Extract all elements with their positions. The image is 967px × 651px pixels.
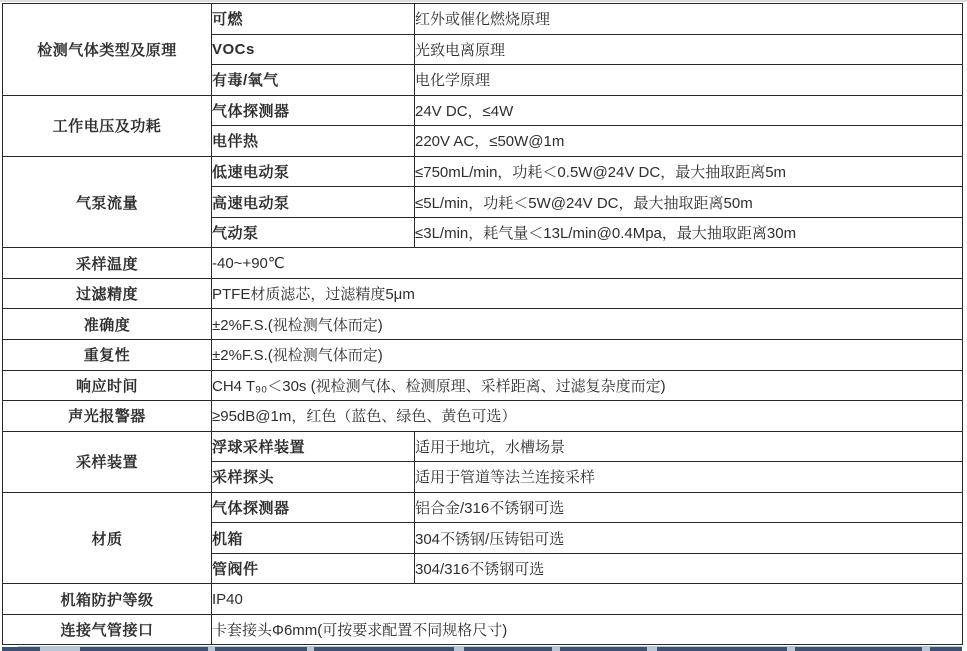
spec-value: 304/316不锈钢可选 [415,553,963,584]
next-table-header-cell-edge [215,647,307,651]
next-table-header-cell-edge [314,647,454,651]
spec-key: 采样温度 [3,248,212,279]
spec-value: ±2%F.S.(视检测气体而定) [212,309,963,340]
spec-key: 过滤精度 [3,278,212,309]
spec-key: 连接气管接口 [3,614,212,645]
spec-group-label: 材质 [3,492,212,584]
spec-key: 准确度 [3,309,212,340]
spec-group-label: 气泵流量 [3,156,212,248]
next-table-header-cell-edge [657,647,787,651]
spec-table: 检测气体类型及原理 可燃 红外或催化燃烧原理 VOCs 光致电离原理 有毒/氧气… [2,3,963,645]
table-row: 采样温度 -40~+90℃ [3,248,963,279]
spec-value: CH4 T₉₀＜30s (视检测气体、检测原理、采样距离、过滤复杂度而定) [212,370,963,401]
spec-key: 高速电动泵 [212,187,415,218]
spec-key: 重复性 [3,340,212,371]
spec-key: 电伴热 [212,126,415,157]
spec-value: ≥95dB@1m，红色（蓝色、绿色、黄色可选） [212,401,963,432]
spec-key: 采样探头 [212,462,415,493]
spec-value: ≤5L/min，功耗＜5W@24V DC，最大抽取距离50m [415,187,963,218]
table-row: 材质 气体探测器 铝合金/316不锈钢可选 [3,492,963,523]
spec-value: 适用于管道等法兰连接采样 [415,462,963,493]
spec-group-label: 工作电压及功耗 [3,95,212,156]
table-row: 气泵流量 低速电动泵 ≤750mL/min，功耗＜0.5W@24V DC，最大抽… [3,156,963,187]
spec-value: 适用于地坑，水槽场景 [415,431,963,462]
table-row: 采样装置 浮球采样装置 适用于地坑，水槽场景 [3,431,963,462]
spec-key: 机箱 [212,523,415,554]
spec-value: 光致电离原理 [415,34,963,65]
next-table-header-cell-edge [80,647,208,651]
spec-key: 气动泵 [212,217,415,248]
table-row: 重复性 ±2%F.S.(视检测气体而定) [3,340,963,371]
table-row: 声光报警器 ≥95dB@1m，红色（蓝色、绿色、黄色可选） [3,401,963,432]
spec-key: 响应时间 [3,370,212,401]
table-row: 检测气体类型及原理 可燃 红外或催化燃烧原理 [3,4,963,35]
spec-value: 220V AC，≤50W@1m [415,126,963,157]
spec-key: 机箱防护等级 [3,584,212,615]
spec-key: 有毒/氧气 [212,65,415,96]
table-row: 准确度 ±2%F.S.(视检测气体而定) [3,309,963,340]
spec-value: IP40 [212,584,963,615]
spec-value: ≤750mL/min，功耗＜0.5W@24V DC，最大抽取距离5m [415,156,963,187]
spec-value: ±2%F.S.(视检测气体而定) [212,340,963,371]
next-table-header-cell-edge [464,647,552,651]
next-table-header-cell-edge [2,647,40,651]
spec-value: PTFE材质滤芯，过滤精度5μm [212,278,963,309]
spec-value: 24V DC，≤4W [415,95,963,126]
spec-key: 低速电动泵 [212,156,415,187]
spec-sheet-page: 检测气体类型及原理 可燃 红外或催化燃烧原理 VOCs 光致电离原理 有毒/氧气… [0,0,967,651]
table-row: 机箱防护等级 IP40 [3,584,963,615]
next-table-header-cell-edge [795,647,922,651]
table-row: 连接气管接口 卡套接头Φ6mm(可按要求配置不同规格尺寸) [3,614,963,645]
next-table-header-cell-edge [930,647,962,651]
spec-key: 浮球采样装置 [212,431,415,462]
spec-key: 声光报警器 [3,401,212,432]
spec-key: 可燃 [212,4,415,35]
spec-value: 红外或催化燃烧原理 [415,4,963,35]
spec-value: 304不锈钢/压铸铝可选 [415,523,963,554]
spec-key: 气体探测器 [212,95,415,126]
table-row: 工作电压及功耗 气体探测器 24V DC，≤4W [3,95,963,126]
spec-group-label: 检测气体类型及原理 [3,4,212,96]
spec-key: 气体探测器 [212,492,415,523]
spec-key: 管阀件 [212,553,415,584]
table-row: 过滤精度 PTFE材质滤芯，过滤精度5μm [3,278,963,309]
next-table-header-cell-edge [560,647,647,651]
next-table-top-edge [2,646,962,651]
table-row: 响应时间 CH4 T₉₀＜30s (视检测气体、检测原理、采样距离、过滤复杂度而… [3,370,963,401]
spec-value: ≤3L/min，耗气量＜13L/min@0.4Mpa，最大抽取距离30m [415,217,963,248]
spec-value: -40~+90℃ [212,248,963,279]
spec-key: VOCs [212,34,415,65]
spec-value: 铝合金/316不锈钢可选 [415,492,963,523]
spec-value: 卡套接头Φ6mm(可按要求配置不同规格尺寸) [212,614,963,645]
page-top-edge [0,0,967,2]
spec-value: 电化学原理 [415,65,963,96]
spec-group-label: 采样装置 [3,431,212,492]
